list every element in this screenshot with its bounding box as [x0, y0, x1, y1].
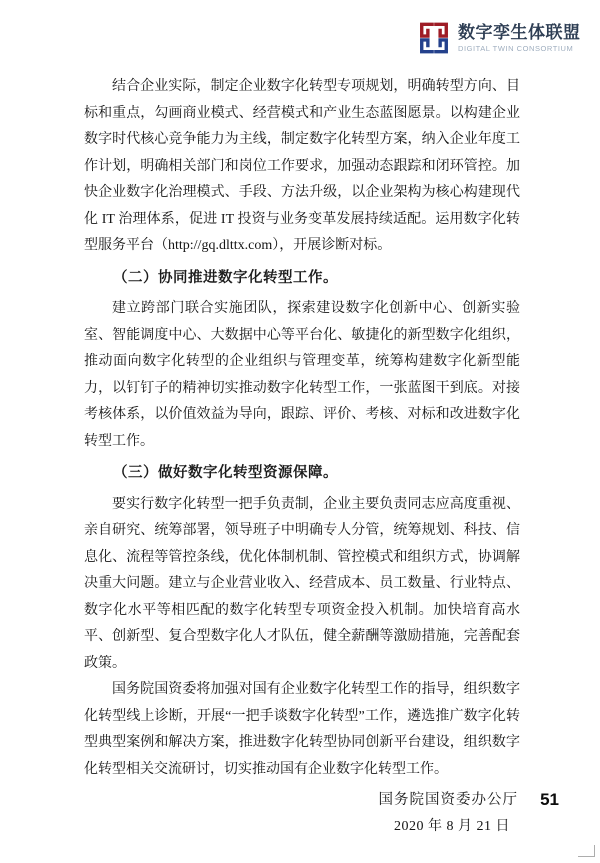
corner-crop-mark [578, 845, 595, 857]
paragraph-planning: 结合企业实际，制定企业数字化转型专项规划，明确转型方向、目标和重点，勾画商业模式… [84, 74, 520, 260]
logo-subtitle: DIGITAL TWIN CONSORTIUM [458, 44, 581, 53]
document-body: 结合企业实际，制定企业数字化转型专项规划，明确转型方向、目标和重点，勾画商业模式… [84, 74, 520, 840]
logo-title: 数字孪生体联盟 [458, 23, 581, 42]
signature: 国务院国资委办公厅 [84, 787, 520, 814]
signature-block: 国务院国资委办公厅 2020 年 8 月 21 日 [84, 787, 520, 840]
logo-text: 数字孪生体联盟 DIGITAL TWIN CONSORTIUM [458, 23, 581, 53]
date: 2020 年 8 月 21 日 [84, 814, 520, 841]
heading-section-3: （三）做好数字化转型资源保障。 [84, 460, 520, 487]
digital-twin-consortium-logo-icon [417, 21, 451, 55]
document-page: 数字孪生体联盟 DIGITAL TWIN CONSORTIUM 结合企业实际，制… [0, 0, 600, 863]
logo: 数字孪生体联盟 DIGITAL TWIN CONSORTIUM [417, 21, 581, 55]
paragraph-sasac-guidance: 国务院国资委将加强对国有企业数字化转型工作的指导，组织数字化转型线上诊断，开展“… [84, 677, 520, 783]
paragraph-resources: 要实行数字化转型一把手负责制，企业主要负责同志应高度重视、亲自研究、统筹部署，领… [84, 492, 520, 678]
paragraph-coordination: 建立跨部门联合实施团队，探索建设数字化创新中心、创新实验室、智能调度中心、大数据… [84, 296, 520, 455]
heading-section-2: （二）协同推进数字化转型工作。 [84, 265, 520, 292]
page-number: 51 [540, 790, 559, 810]
